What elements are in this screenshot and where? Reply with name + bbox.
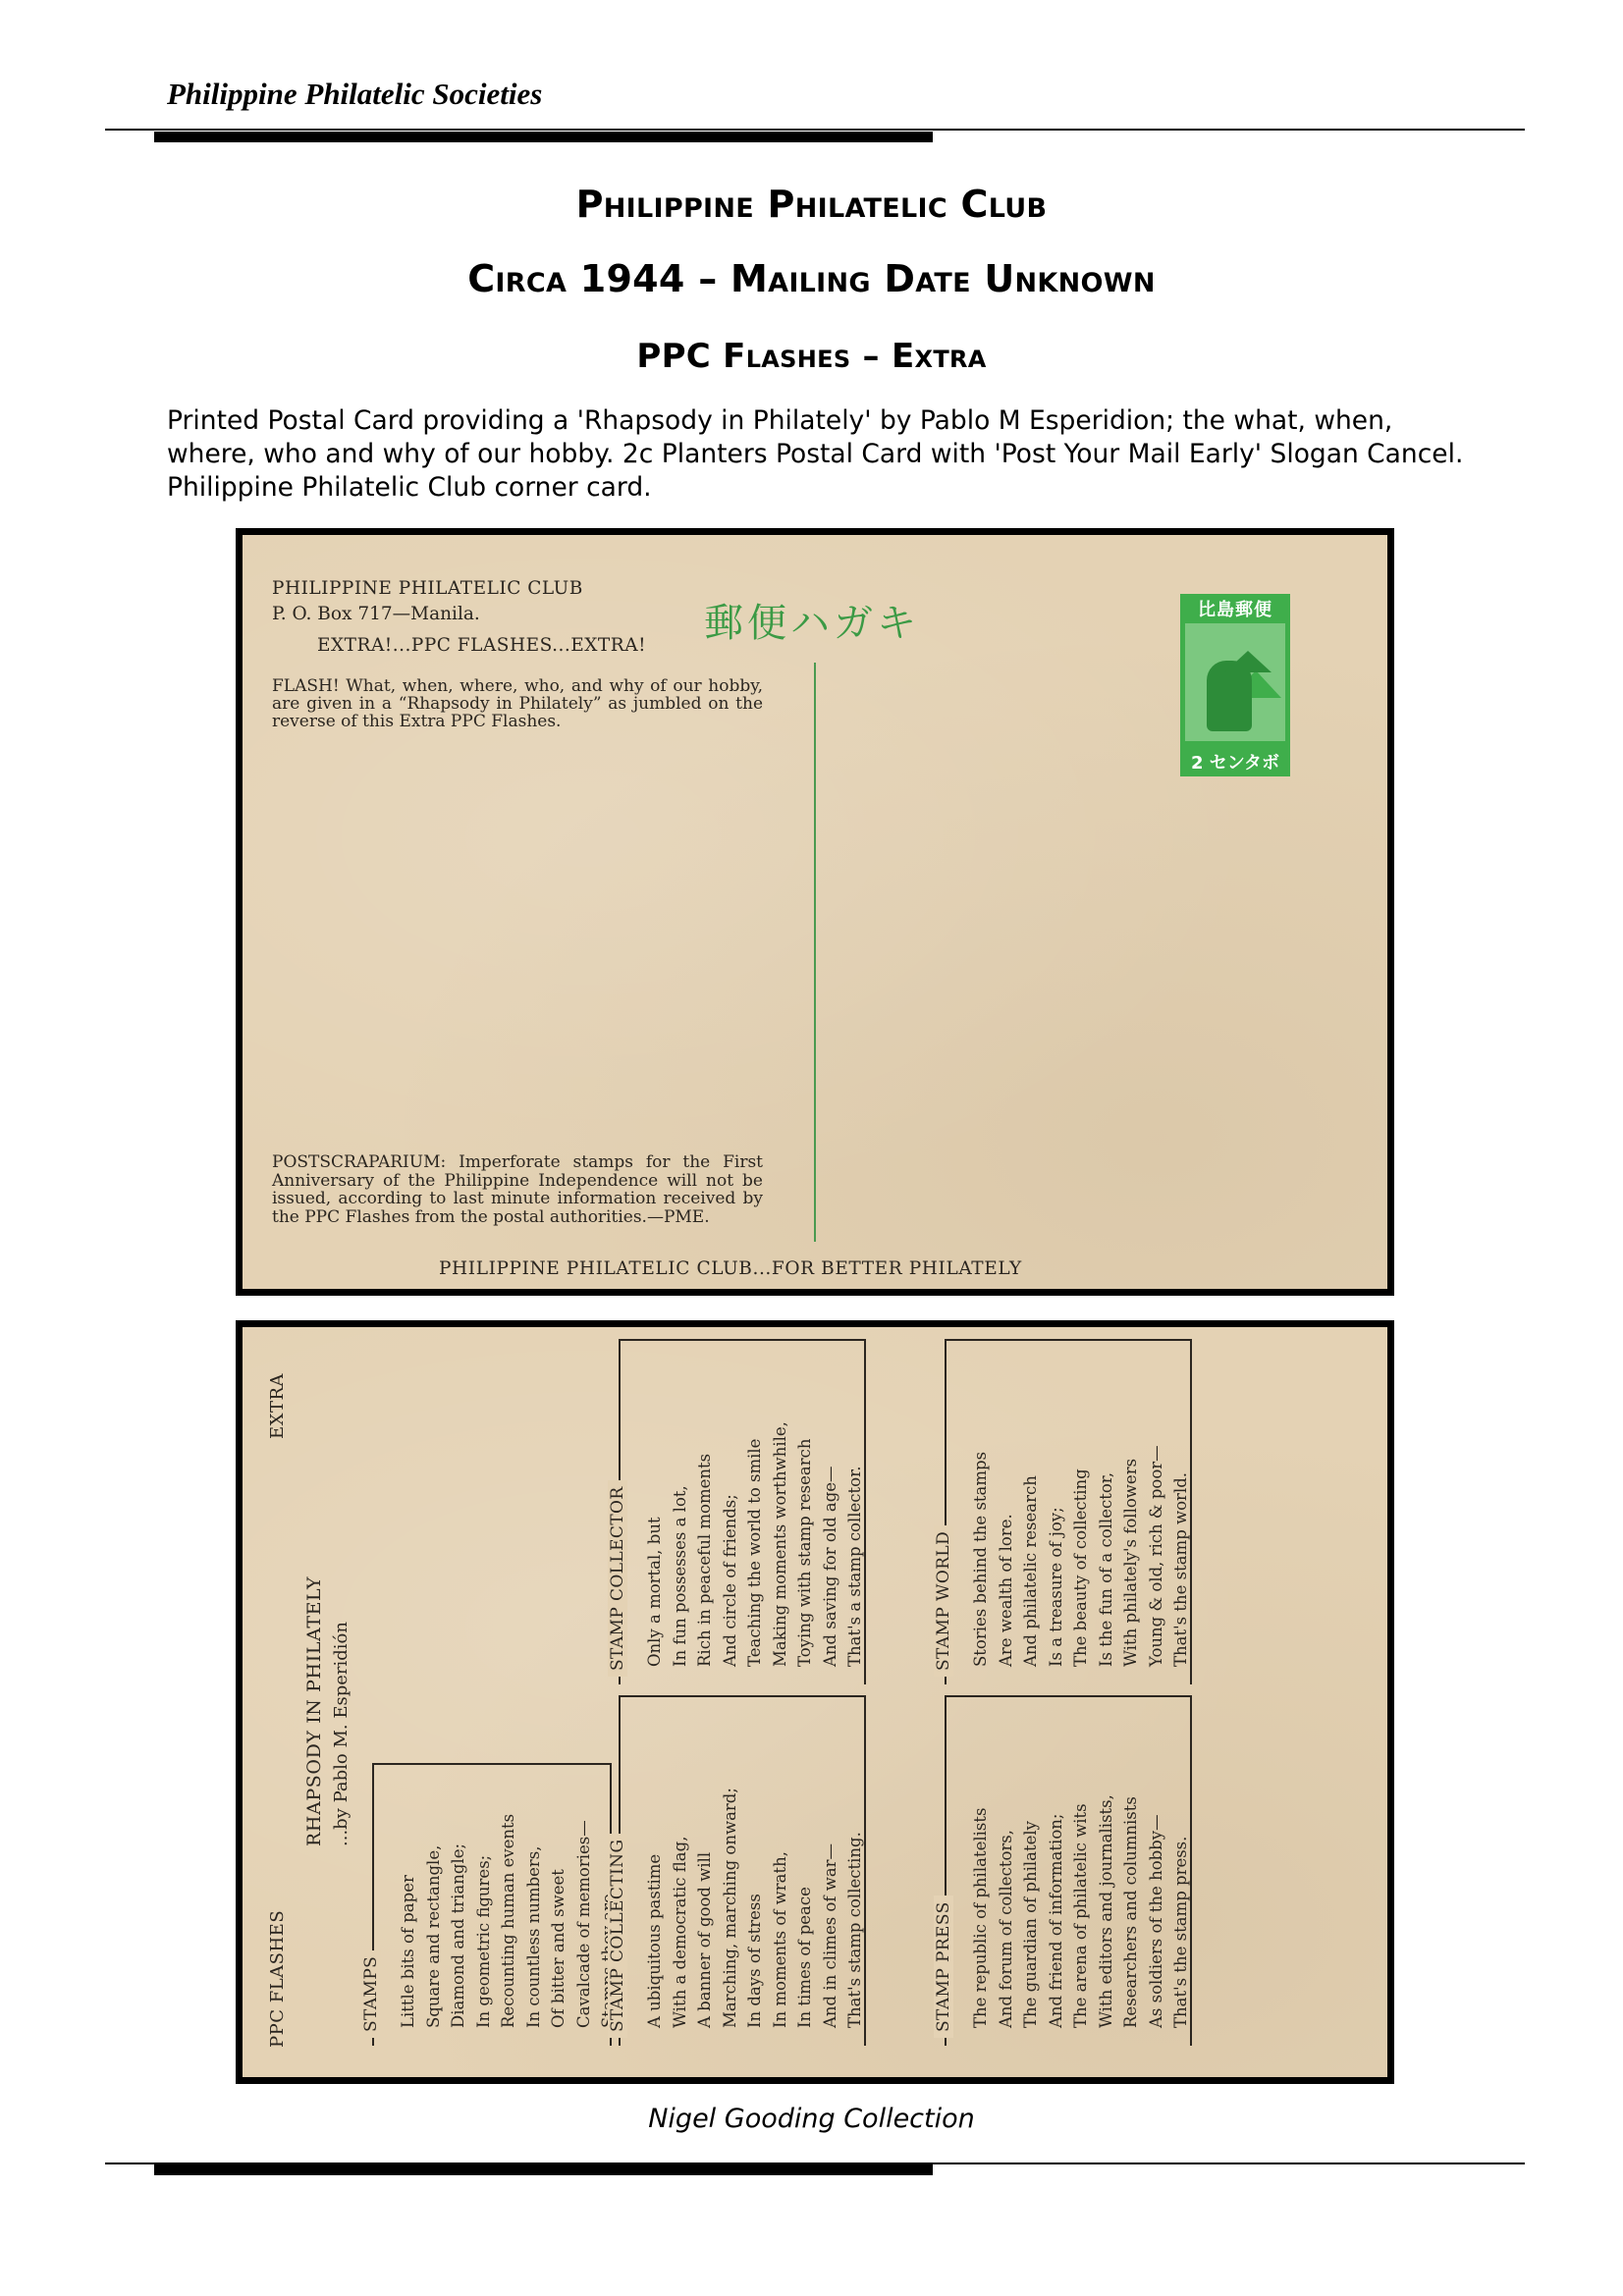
stamp-top-text: 比島郵便 bbox=[1180, 596, 1290, 621]
poem-line: A banner of good will bbox=[692, 1788, 718, 2028]
poem-body: Little bits of paperSquare and rectangle… bbox=[396, 1814, 622, 2028]
poem-line: And friend of information; bbox=[1044, 1794, 1069, 2028]
extra-header: EXTRA bbox=[267, 1373, 288, 1439]
poem-stamp-collecting: STAMP COLLECTING A ubiquitous pastimeWit… bbox=[619, 1695, 866, 2046]
running-title: Philippine Philatelic Societies bbox=[167, 77, 542, 112]
poem-line: Square and rectangle, bbox=[421, 1814, 447, 2028]
poem-title: STAMP COLLECTING bbox=[608, 1834, 627, 2038]
hat-icon bbox=[1224, 651, 1271, 672]
poem-line: Marching, marching onward; bbox=[718, 1788, 743, 2028]
japanese-postcard-label: 郵便ハガキ bbox=[704, 592, 920, 648]
page-title: Philippine Philatelic Club bbox=[0, 183, 1623, 226]
poem-line: Young & old, rich & poor— bbox=[1144, 1445, 1169, 1667]
club-slogan: PHILIPPINE PHILATELIC CLUB...FOR BETTER … bbox=[439, 1258, 1022, 1279]
poem-line: Of bitter and sweet bbox=[546, 1814, 571, 2028]
poem-line: The republic of philatelists bbox=[968, 1794, 994, 2028]
poem-title: STAMP PRESS bbox=[934, 1896, 953, 2038]
poem-line: Making moments worthwhile, bbox=[768, 1421, 793, 1667]
extra-headline: EXTRA!...PPC FLASHES...EXTRA! bbox=[317, 635, 646, 656]
poem-line: In times of peace bbox=[792, 1788, 818, 2028]
poem-line: Toying with stamp research bbox=[792, 1421, 818, 1667]
poem-line: The beauty of collecting bbox=[1068, 1445, 1094, 1667]
poem-line: And philatelic research bbox=[1018, 1445, 1044, 1667]
poem-body: A ubiquitous pastimeWith a democratic fl… bbox=[642, 1788, 868, 2028]
poem-line: Cavalcade of memories— bbox=[571, 1814, 597, 2028]
header-rule-thick bbox=[154, 132, 933, 142]
address-divider-line bbox=[814, 663, 816, 1242]
poem-line: And saving for old age— bbox=[818, 1421, 843, 1667]
postal-card-front: PHILIPPINE PHILATELIC CLUB P. O. Box 717… bbox=[236, 528, 1394, 1296]
poem-line: In geometric figures; bbox=[471, 1814, 497, 2028]
poem-line: And in climes of war— bbox=[818, 1788, 843, 2028]
poem-line: Only a mortal, but bbox=[642, 1421, 668, 1667]
poem-title: STAMP WORLD bbox=[934, 1525, 953, 1677]
poem-line: A ubiquitous pastime bbox=[642, 1788, 668, 2028]
poem-line: That's the stamp press. bbox=[1168, 1794, 1194, 2028]
poem-title: STAMP COLLECTOR bbox=[608, 1480, 627, 1677]
poem-stamp-world: STAMP WORLD Stories behind the stampsAre… bbox=[945, 1339, 1192, 1684]
poem-line: And forum of collectors, bbox=[994, 1794, 1019, 2028]
poem-line: With a democratic flag, bbox=[668, 1788, 693, 2028]
poem-line: The arena of philatelic wits bbox=[1068, 1794, 1094, 2028]
poem-line: Researchers and columnists bbox=[1118, 1794, 1144, 2028]
poem-line: With philately's followers bbox=[1118, 1445, 1144, 1667]
ppc-flashes-header: PPC FLASHES bbox=[267, 1910, 288, 2048]
poem-line: Recounting human events bbox=[496, 1814, 521, 2028]
page-subtitle-item: PPC Flashes – Extra bbox=[0, 337, 1623, 376]
poem-line: Little bits of paper bbox=[396, 1814, 421, 2028]
poem-line: Is the fun of a collector, bbox=[1094, 1445, 1119, 1667]
rhapsody-title: RHAPSODY IN PHILATELY bbox=[303, 1576, 325, 1846]
item-description: Printed Postal Card providing a 'Rhapsod… bbox=[167, 404, 1483, 505]
poem-title: STAMPS bbox=[361, 1950, 381, 2038]
poem-line: In countless numbers, bbox=[521, 1814, 547, 2028]
rhapsody-byline: ...by Pablo M. Esperidión bbox=[331, 1622, 352, 1846]
poem-line: And circle of friends; bbox=[718, 1421, 743, 1667]
header-rule-thin bbox=[105, 129, 1525, 131]
poem-line: With editors and journalists, bbox=[1094, 1794, 1119, 2028]
rotated-content: PPC FLASHES EXTRA RHAPSODY IN PHILATELY … bbox=[243, 1327, 1387, 2077]
flash-text: FLASH! What, when, where, who, and why o… bbox=[272, 677, 763, 730]
poem-line: Diamond and triangle; bbox=[446, 1814, 471, 2028]
stamp-value-text: 2 センタボ bbox=[1180, 749, 1290, 774]
poem-line: The guardian of philately bbox=[1018, 1794, 1044, 2028]
postal-card-back: PPC FLASHES EXTRA RHAPSODY IN PHILATELY … bbox=[236, 1320, 1394, 2084]
collection-caption: Nigel Gooding Collection bbox=[0, 2104, 1623, 2134]
corner-card-name: PHILIPPINE PHILATELIC CLUB bbox=[272, 578, 583, 599]
poem-body: Only a mortal, butIn fun possesses a lot… bbox=[642, 1421, 868, 1667]
poem-line: Is a treasure of joy; bbox=[1044, 1445, 1069, 1667]
poem-line: Stories behind the stamps bbox=[968, 1445, 994, 1667]
page-subtitle-date: Circa 1944 – Mailing Date Unknown bbox=[0, 257, 1623, 300]
poem-line: As soldiers of the hobby— bbox=[1144, 1794, 1169, 2028]
poem-line: In days of stress bbox=[742, 1788, 768, 2028]
postscraparium-text: POSTSCRAPARIUM: Imperforate stamps for t… bbox=[272, 1153, 763, 1226]
poem-line: Rich in peaceful moments bbox=[692, 1421, 718, 1667]
poem-line: That's stamp collecting. bbox=[842, 1788, 868, 2028]
poem-body: Stories behind the stampsAre wealth of l… bbox=[968, 1445, 1194, 1667]
poem-line: That's the stamp world. bbox=[1168, 1445, 1194, 1667]
poem-line: In moments of wrath, bbox=[768, 1788, 793, 2028]
poem-stamp-collector: STAMP COLLECTOR Only a mortal, butIn fun… bbox=[619, 1339, 866, 1684]
poem-line: In fun possesses a lot, bbox=[668, 1421, 693, 1667]
footer-rule-thick bbox=[154, 2164, 933, 2175]
poem-line: That's a stamp collector. bbox=[842, 1421, 868, 1667]
poem-stamps: STAMPS Little bits of paperSquare and re… bbox=[372, 1763, 612, 2046]
poem-line: Are wealth of lore. bbox=[994, 1445, 1019, 1667]
stamp-vignette bbox=[1185, 623, 1285, 741]
planter-stamp-imprint: 比島郵便 2 センタボ bbox=[1180, 594, 1290, 776]
poem-line: Teaching the world to smile bbox=[742, 1421, 768, 1667]
poem-body: The republic of philatelistsAnd forum of… bbox=[968, 1794, 1194, 2028]
poem-stamp-press: STAMP PRESS The republic of philatelists… bbox=[945, 1695, 1192, 2046]
corner-card-address: P. O. Box 717—Manila. bbox=[272, 604, 480, 624]
